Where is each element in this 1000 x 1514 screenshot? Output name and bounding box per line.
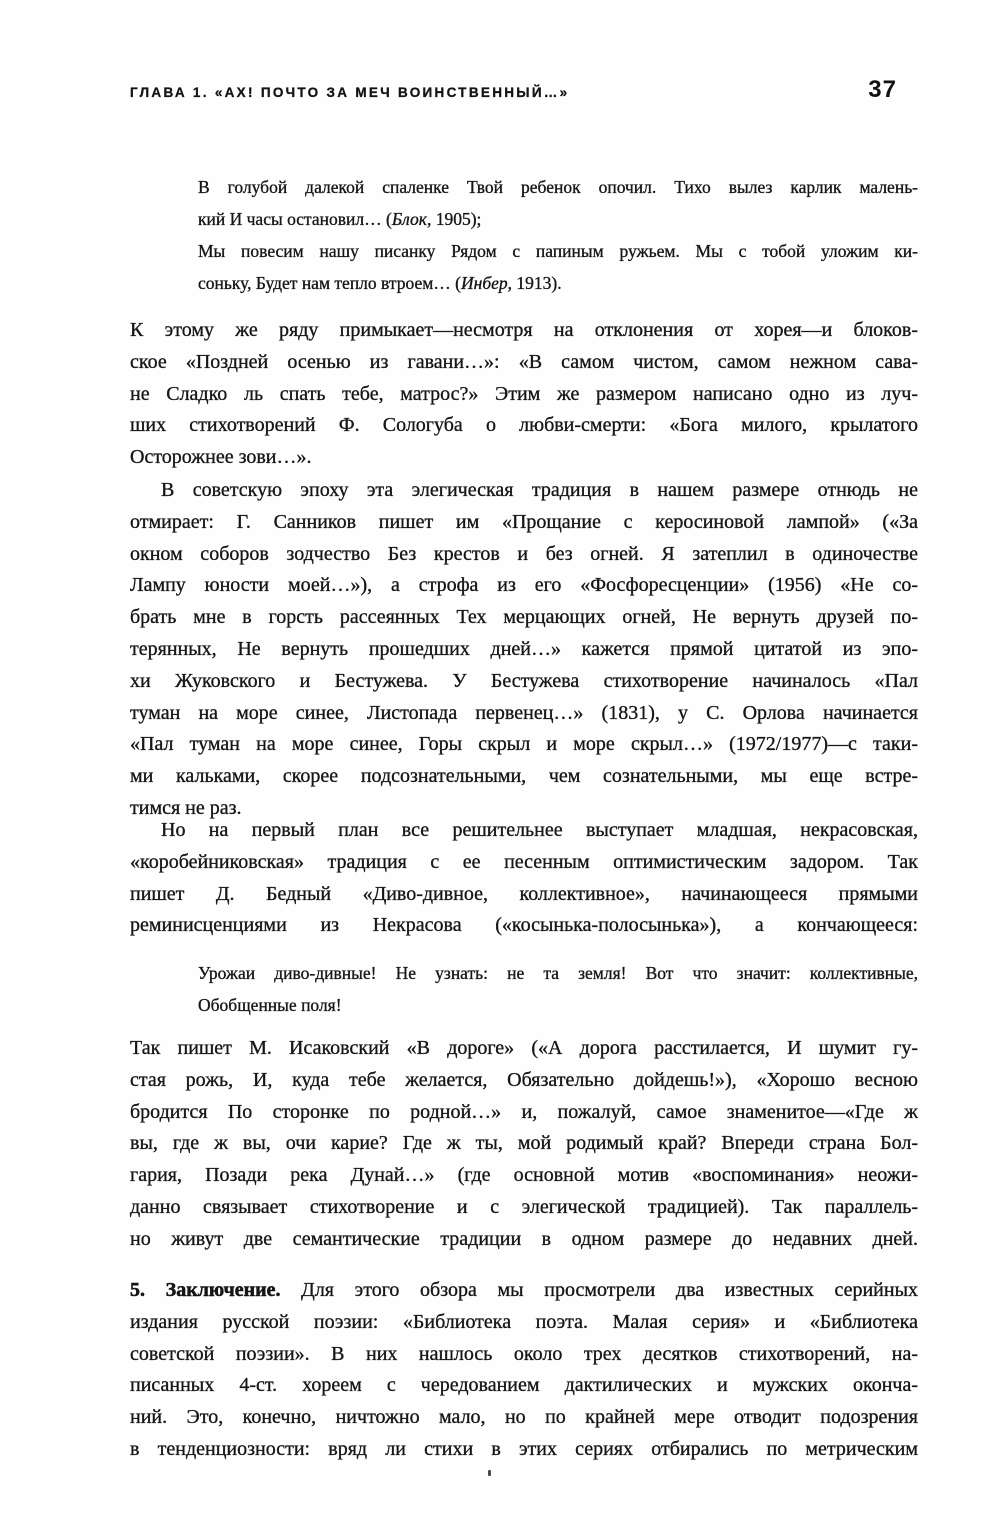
paragraph-conclusion: 5. Заключение. Для этого обзора мы просм… [130, 1275, 918, 1466]
paragraph-blok-tradition: К этому же ряду примыкает—несмотря на от… [130, 315, 918, 474]
text-line: Урожаи диво-дивные! Не узнать: не та зем… [198, 957, 918, 989]
text-line: не Сладко ль спать тебе, матрос?» Этим ж… [130, 379, 918, 411]
paragraph-isakovsky: Так пишет М. Исаковский «В дороге» («А д… [130, 1033, 918, 1256]
text-line: ское «Поздней осенью из гавани…»: «В сам… [130, 347, 918, 379]
book-page: ГЛАВА 1. «АХ! ПОЧТО ЗА МЕЧ ВОИНСТВЕННЫЙ…… [0, 0, 1000, 1514]
text-line: ших стихотворений Ф. Сологуба о любви-см… [130, 410, 918, 442]
body-paragraph: Но на первый план все решительнее выступ… [130, 815, 918, 942]
text-line: хи Жуковского и Бестужева. У Бестужева с… [130, 666, 918, 698]
text-line: К этому же ряду примыкает—несмотря на от… [130, 315, 918, 347]
quote-block-bedny: Урожаи диво-дивные! Не узнать: не та зем… [198, 957, 918, 1021]
chapter-heading: ГЛАВА 1. «АХ! ПОЧТО ЗА МЕЧ ВОИНСТВЕННЫЙ…… [130, 85, 569, 100]
text-line: Но на первый план все решительнее выступ… [130, 815, 918, 847]
page-header: ГЛАВА 1. «АХ! ПОЧТО ЗА МЕЧ ВОИНСТВЕННЫЙ…… [130, 76, 918, 104]
paragraph-soviet-epoch: В советскую эпоху эта элегическая традиц… [130, 475, 918, 825]
text-line: данно связывает стихотворение и с элегич… [130, 1192, 918, 1224]
text-line: туман на море синее, Листопада первенец…… [130, 698, 918, 730]
text-line: ми кальками, скорее подсознательными, че… [130, 761, 918, 793]
quote-paragraph-bedny: Урожаи диво-дивные! Не узнать: не та зем… [198, 957, 918, 1021]
text-line: Обобщенные поля! [198, 989, 918, 1021]
text-line: брать мне в горсть рассеянных Тех мерцаю… [130, 602, 918, 634]
text-line: реминисценциями из Некрасова («косынька-… [130, 910, 918, 942]
body-paragraph: 5. Заключение. Для этого обзора мы просм… [130, 1275, 918, 1466]
text-line: терянных, Не вернуть прошедших дней…» ка… [130, 634, 918, 666]
text-line: ний. Это, конечно, ничтожно мало, но по … [130, 1402, 918, 1434]
page-number: 37 [868, 76, 918, 104]
body-paragraph: К этому же ряду примыкает—несмотря на от… [130, 315, 918, 474]
text-line: советской поэзии». В них нашлось около т… [130, 1339, 918, 1371]
text-line: Мы повесим нашу писанку Рядом с папиным … [198, 235, 918, 267]
text-line: отмирает: Г. Санников пишет им «Прощание… [130, 507, 918, 539]
text-line: издания русской поэзии: «Библиотека поэт… [130, 1307, 918, 1339]
text-line: но живут две семантические традиции в од… [130, 1224, 918, 1256]
text-line: писанных 4-ст. хореем с чередованием дак… [130, 1370, 918, 1402]
scan-artifact-dot [488, 1470, 491, 1476]
text-line: вы, где ж вы, очи карие? Где ж ты, мой р… [130, 1128, 918, 1160]
text-line: В голубой далекой спаленке Твой ребенок … [198, 171, 918, 203]
text-line: стая рожь, И, куда тебе желается, Обязат… [130, 1065, 918, 1097]
quote-paragraph-inber: Мы повесим нашу писанку Рядом с папиным … [198, 235, 918, 299]
text-line: «коробейниковская» традиция с ее песенны… [130, 847, 918, 879]
text-line: соньку, Будет нам тепло втроем… (Инбер, … [198, 267, 918, 299]
quote-paragraph-blok: В голубой далекой спаленке Твой ребенок … [198, 171, 918, 235]
text-line: бродится По сторонке по родной…» и, пожа… [130, 1097, 918, 1129]
text-line: кий И часы остановил… (Блок, 1905); [198, 203, 918, 235]
text-line: окном соборов зодчество Без крестов и бе… [130, 539, 918, 571]
text-line: 5. Заключение. Для этого обзора мы просм… [130, 1275, 918, 1307]
text-line: В советскую эпоху эта элегическая традиц… [130, 475, 918, 507]
text-line: гария, Позади река Дунай…» (где основной… [130, 1160, 918, 1192]
text-line: Так пишет М. Исаковский «В дороге» («А д… [130, 1033, 918, 1065]
text-line: в тенденциозности: вряд ли стихи в этих … [130, 1434, 918, 1466]
paragraph-nekrasov-tradition: Но на первый план все решительнее выступ… [130, 815, 918, 942]
body-paragraph: В советскую эпоху эта элегическая традиц… [130, 475, 918, 825]
text-line: Осторожнее зови…». [130, 442, 918, 474]
text-line: «Пал туман на море синее, Горы скрыл и м… [130, 729, 918, 761]
text-line: Лампу юности моей…»), а строфа из его «Ф… [130, 570, 918, 602]
body-paragraph: Так пишет М. Исаковский «В дороге» («А д… [130, 1033, 918, 1256]
quote-block-blok-inber: В голубой далекой спаленке Твой ребенок … [198, 171, 918, 299]
text-line: пишет Д. Бедный «Диво-дивное, коллективн… [130, 879, 918, 911]
